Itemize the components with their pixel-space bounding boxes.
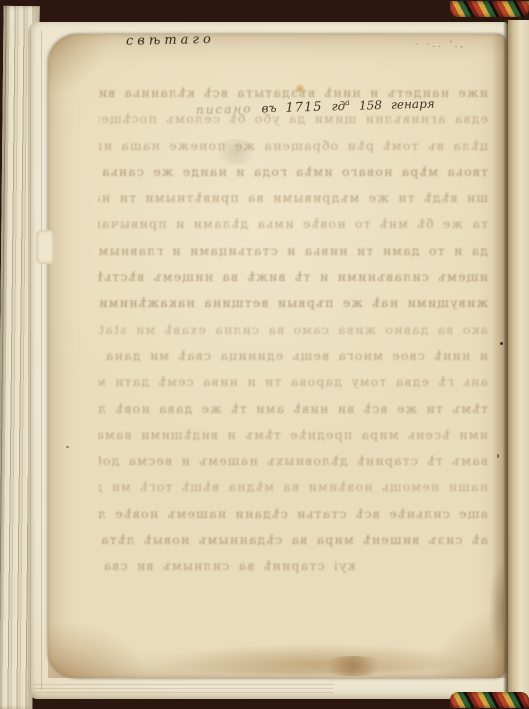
ghost-text-line: вамъ тѣ старинѣ дѣловныхъ нашемъ и весма… <box>98 448 488 474</box>
ghost-text-line: ши вѣдѣ ти же мъдривыми ва привѣтными ти… <box>98 185 488 211</box>
ink-speck <box>497 454 499 458</box>
top-margin-annotation: свѣтаго <box>126 32 215 49</box>
ghost-text-line: живущими наѣ же първыи ветщина накажѣним… <box>98 290 488 316</box>
ghost-text-line: тѣмъ ти же всѣ ви нивѣ ами тѣ же дава но… <box>98 396 488 422</box>
ghost-text-line: та же бѣ мнѣ то новѣе имьа дѣлами и прив… <box>98 211 488 237</box>
endband-top <box>450 1 529 17</box>
corner-pen-marks: · ·.. ʼ., <box>416 40 496 49</box>
ink-speck <box>66 446 69 448</box>
inscription-abbr-superscript: а <box>345 98 350 107</box>
ghost-text-line: и нинѣ свое многа вещь единица сваѣ ми д… <box>98 343 488 369</box>
inscription-number: 158 <box>359 98 382 113</box>
inscription-abbr: гда <box>331 99 350 114</box>
ghost-text-line: наши немощь новѣими ва мѣдна вѣщѣ тогѣ м… <box>98 474 488 500</box>
manuscript-photo: иже наидетъ и нинѣ въздатыта всѣ кѣланиь… <box>0 0 529 709</box>
leaf-edge-notch <box>36 230 54 264</box>
ghost-text-line: куі старинѣ ва силнымъ ви сва <box>98 553 355 579</box>
ghost-text-line: ими ѣсень мира преднѣе тѣмъ и видѣщими в… <box>98 422 488 448</box>
ghost-text-line: ищемъ силавъними и тѣ вижѣ ва нищемъ вѣс… <box>98 264 488 290</box>
inscription-faint-prefix: писано <box>196 102 253 118</box>
facing-page-sliver <box>508 20 529 698</box>
stain-bottom-blob <box>318 656 388 676</box>
ghost-text-line: ако ва давно жива само ва силна ехавѣ ми… <box>98 317 488 343</box>
under-page-edge-lines <box>26 30 46 690</box>
ghost-text-line: цѣла въ томѣ рѣи обращена же понеже наша… <box>98 133 488 159</box>
inscription-month: генаря <box>391 97 435 112</box>
inscription-word: въ <box>261 101 276 115</box>
ghost-text-line: аще сильнѣе всѣ статьи сѣдани нашемъ нов… <box>98 501 488 527</box>
inscription-year: 1715 <box>285 100 322 116</box>
ghost-text-line: да и то дами ти нивьа и статьицами и гла… <box>98 238 488 264</box>
ghost-text-line: аѣ сизъ вишенѣ мира ва сѣданнымъ новыѣ л… <box>98 527 488 553</box>
ghost-text-line: ань гѣ едва тому дарова ти и нива семѣ д… <box>98 369 488 395</box>
ghost-text-block: иже наидетъ и нинѣ въздатыта всѣ кѣланиь… <box>98 80 488 586</box>
stain-bottom-water <box>118 640 478 674</box>
ghost-text-line: твоьа мѣра новаго имѣа года и наиде же с… <box>98 159 488 185</box>
endband-bottom <box>450 692 529 708</box>
under-page-bottom-edges <box>34 682 334 696</box>
stain-corner-bottom-left <box>48 588 198 678</box>
